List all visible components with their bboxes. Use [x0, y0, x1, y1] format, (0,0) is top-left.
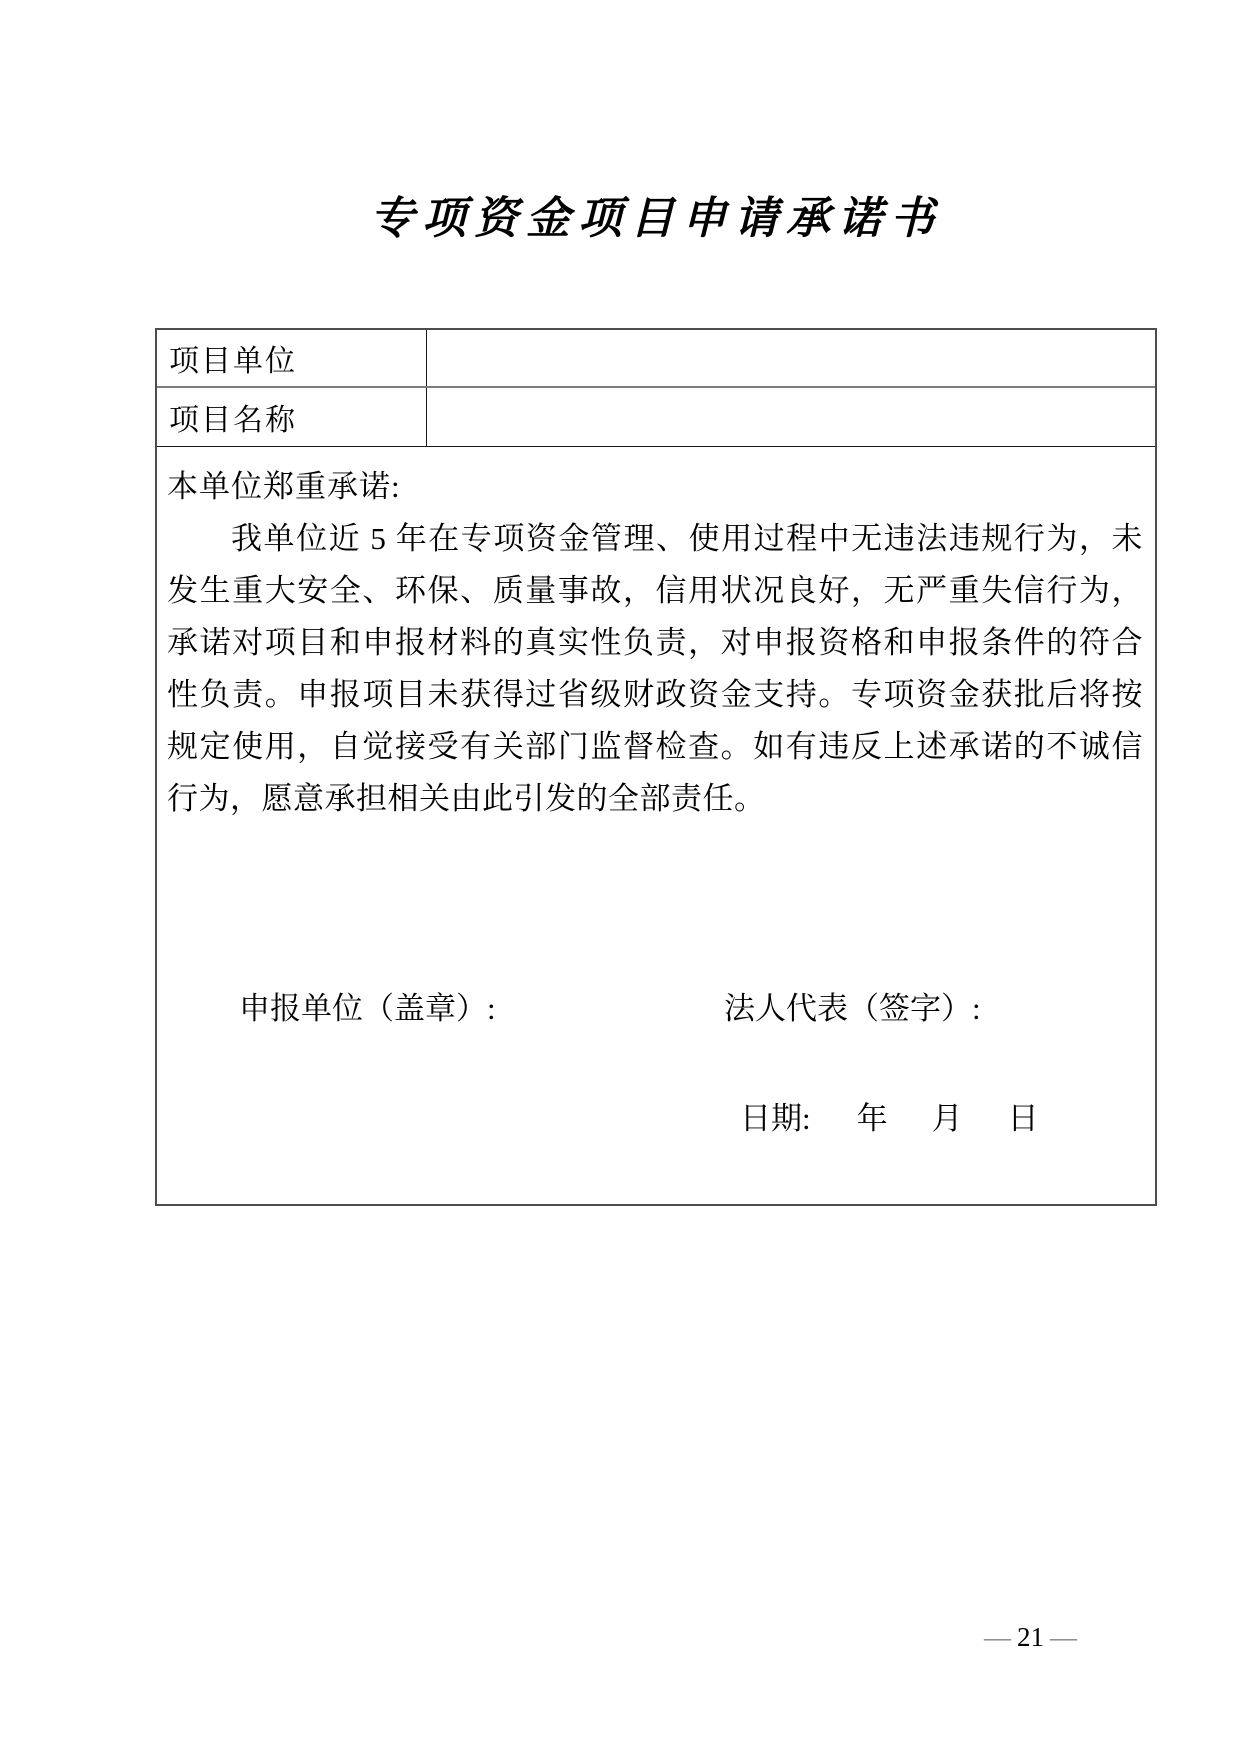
commitment-form-table: 项目单位 项目名称 本单位郑重承诺: 我单位近 5 年在专项资金管理、使用过程中… — [155, 328, 1157, 1206]
footer-dash-left: — — [978, 1622, 1017, 1652]
table-row: 项目单位 — [157, 330, 1155, 388]
project-name-field[interactable] — [427, 388, 1155, 446]
table-row: 项目名称 — [157, 388, 1155, 447]
month-label: 月 — [932, 1101, 963, 1136]
page-title: 专项资金项目申请承诺书 — [155, 182, 1157, 246]
year-label: 年 — [857, 1101, 888, 1136]
page-number: —21— — [978, 1622, 1083, 1653]
commitment-cell: 本单位郑重承诺: 我单位近 5 年在专项资金管理、使用过程中无违法违规行为，未发… — [157, 447, 1155, 1202]
commitment-body: 我单位近 5 年在专项资金管理、使用过程中无违法违规行为，未发生重大安全、环保、… — [167, 513, 1143, 825]
day-label: 日 — [1008, 1101, 1039, 1136]
footer-dash-right: — — [1044, 1622, 1083, 1652]
document-page: 专项资金项目申请承诺书 项目单位 项目名称 本单位郑重承诺: 我单位近 5 年在… — [0, 0, 1240, 1753]
project-unit-field[interactable] — [427, 330, 1155, 386]
row-label-project-name: 项目名称 — [157, 388, 427, 446]
row-label-project-unit: 项目单位 — [157, 330, 427, 386]
legal-representative-label: 法人代表（签字）: — [724, 983, 981, 1035]
page-number-value: 21 — [1017, 1622, 1044, 1652]
applicant-seal-label: 申报单位（盖章）: — [239, 983, 496, 1035]
date-label: 日期: — [740, 1101, 811, 1136]
date-line: 日期:年月日 — [740, 1093, 1039, 1145]
commitment-heading: 本单位郑重承诺: — [167, 461, 1143, 513]
